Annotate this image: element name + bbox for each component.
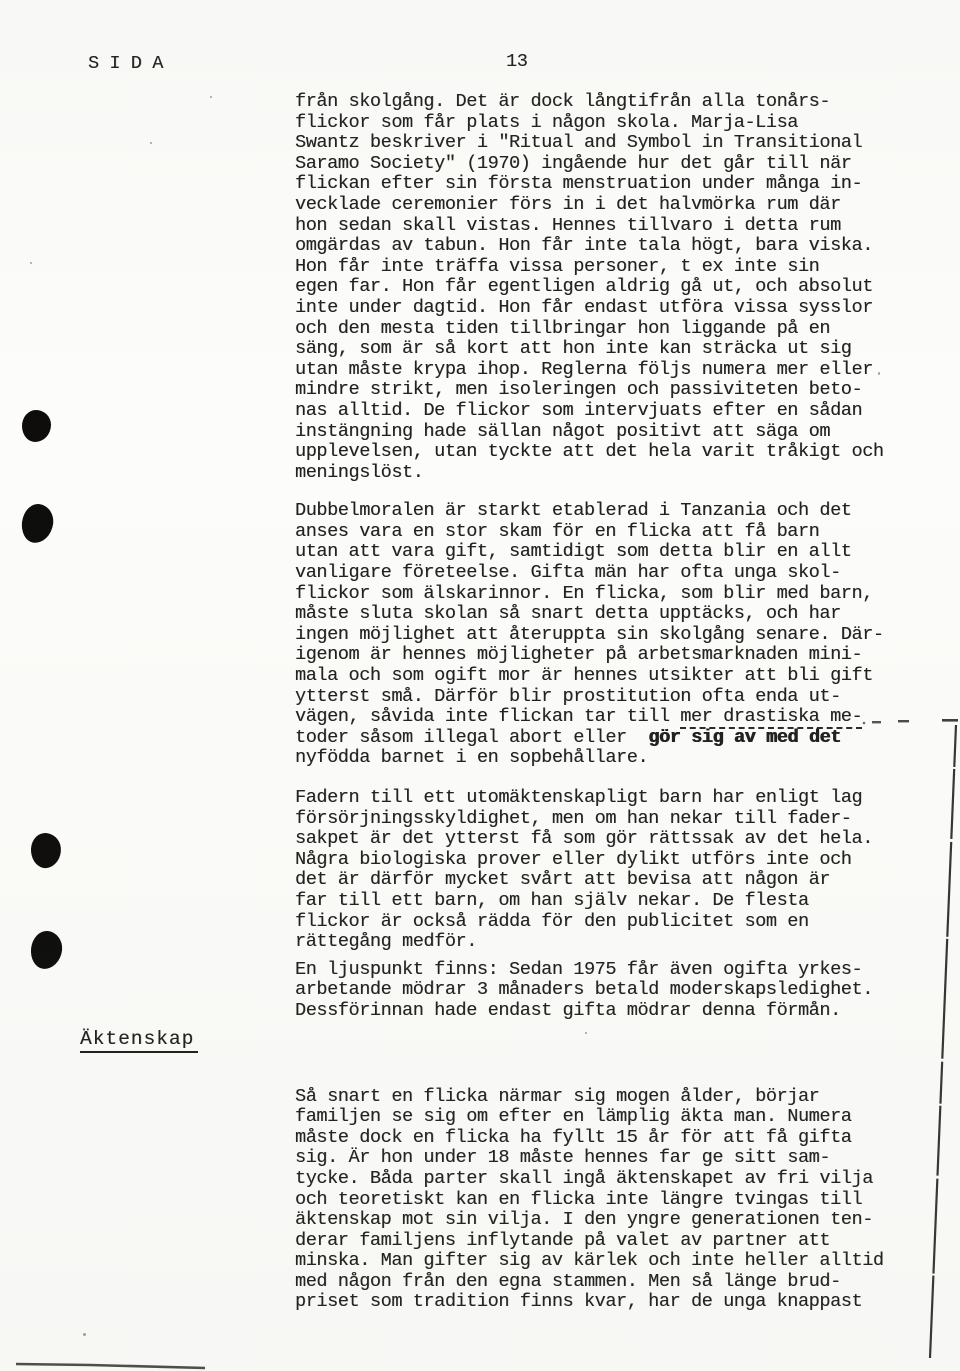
text-line: ytterst små. Därför blir prostitution of… [295,687,940,708]
text-segment: med någon från den egna stammen. Men så … [295,1271,841,1292]
text-segment: minska. Man gifter sig av kärlek och int… [295,1250,884,1271]
dust-speck [150,142,152,144]
text-line: sakpet är det ytterst få som gör rättssa… [295,829,940,850]
text-line: igenom är hennes möjligheter på arbetsma… [295,645,940,666]
text-segment: säng, som är så kort att hon inte kan st… [295,338,852,359]
text-segment: mindre strikt, men isoleringen och passi… [295,379,862,400]
dust-speck [878,372,880,375]
text-line: måste dock en flicka ha fyllt 15 år för … [295,1128,940,1149]
text-line: det är därför mycket svårt att bevisa at… [295,870,940,891]
text-line: derar familjens inflytande på valet av p… [295,1231,940,1252]
text-line: och teoretiskt kan en flicka inte längre… [295,1190,940,1211]
text-segment: flickor är också rädda för den publicite… [295,911,809,932]
text-segment: Saramo Society" (1970) ingående hur det … [295,153,852,174]
text-line: äktenskap mot sin vilja. I den yngre gen… [295,1210,940,1231]
text-line: ingen möjlighet att återuppta sin skolgå… [295,625,940,646]
text-segment: Swantz beskriver i "Ritual and Symbol in… [295,132,862,153]
text-segment: arbetande mödrar 3 månaders betald moder… [295,979,873,1000]
paragraph: Fadern till ett utomäktenskapligt barn h… [295,788,940,953]
text-line: En ljuspunkt finns: Sedan 1975 får även … [295,960,940,981]
text-line: tycke. Båda parter skall ingå äktenskape… [295,1169,940,1190]
text-line: Saramo Society" (1970) ingående hur det … [295,154,940,175]
text-segment: ytterst små. Därför blir prostitution of… [295,686,841,707]
text-line: anses vara en stor skam för en flicka at… [295,522,940,543]
text-line: upplevelsen, utan tyckte att det hela va… [295,442,940,463]
text-line: Fadern till ett utomäktenskapligt barn h… [295,788,940,809]
text-line: rättegång medför. [295,932,940,953]
text-line: utan måste krypa ihop. Reglerna följs nu… [295,360,940,381]
text-line: flickor som älskarinnor. En flicka, som … [295,584,940,605]
text-segment: mala och som ogift mor är hennes utsikte… [295,665,873,686]
text-segment: egen far. Hon får egentligen aldrig gå u… [295,276,873,297]
text-line: inte under dagtid. Hon får endast utföra… [295,298,940,319]
text-segment: utan att vara gift, samtidigt som detta … [295,541,852,562]
text-segment: igenom är hennes möjligheter på arbetsma… [295,644,862,665]
text-segment: flickan efter sin första menstruation un… [295,173,862,194]
text-line: meningslöst. [295,463,940,484]
text-segment: nyfödda barnet i en sopbehållare. [295,747,648,768]
text-line: med någon från den egna stammen. Men så … [295,1272,940,1293]
text-segment: nas alltid. De flickor som intervjuats e… [295,400,862,421]
dust-speck [210,96,212,98]
text-segment: hon sedan skall vistas. Hennes tillvaro … [295,215,841,236]
text-line: priset som tradition finns kvar, har de … [295,1292,940,1313]
dust-speck [30,262,32,264]
text-segment: derar familjens inflytande på valet av p… [295,1230,830,1251]
text-line: säng, som är så kort att hon inte kan st… [295,339,940,360]
ink-blot [22,410,51,442]
text-line: flickan efter sin första menstruation un… [295,174,940,195]
text-segment: rättegång medför. [295,931,477,952]
text-segment: meningslöst. [295,462,423,483]
margin-heading-aktenskap: Äktenskap [80,1028,198,1053]
text-line: mala och som ogift mor är hennes utsikte… [295,666,940,687]
text-line: far till ett barn, om han själv nekar. D… [295,891,940,912]
text-line: nas alltid. De flickor som intervjuats e… [295,401,940,422]
text-line: utan att vara gift, samtidigt som detta … [295,542,940,563]
text-line: vecklade ceremonier förs in i det halvmö… [295,195,940,216]
dust-speck [83,1333,86,1336]
text-segment: ingen möjlighet att återuppta sin skolgå… [295,624,884,645]
text-segment: flickor som älskarinnor. En flicka, som … [295,583,873,604]
text-segment: far till ett barn, om han själv nekar. D… [295,890,809,911]
text-segment: Så snart en flicka närmar sig mogen ålde… [295,1086,819,1107]
text-line: nyfödda barnet i en sopbehållare. [295,748,940,769]
text-segment: instängning hade sällan något positivt a… [295,421,830,442]
text-segment: utan måste krypa ihop. Reglerna följs nu… [295,359,873,380]
text-segment: flickor som får plats i någon skola. Mar… [295,112,798,133]
ink-blot [19,502,55,545]
paragraph: En ljuspunkt finns: Sedan 1975 får även … [295,960,940,1022]
text-line: Hon får inte träffa vissa personer, t ex… [295,257,940,278]
text-segment: anses vara en stor skam för en flicka at… [295,521,819,542]
text-line: egen far. Hon får egentligen aldrig gå u… [295,277,940,298]
text-line: flickor är också rädda för den publicite… [295,912,940,933]
text-line: flickor som får plats i någon skola. Mar… [295,113,940,134]
ink-blot [30,832,63,869]
scanned-document-page: S I D A 13 från skolgång. Det är dock lå… [0,0,960,1371]
text-segment: och den mesta tiden tillbringar hon ligg… [295,318,830,339]
text-line: arbetande mödrar 3 månaders betald moder… [295,980,940,1001]
text-segment: priset som tradition finns kvar, har de … [295,1291,862,1312]
text-line: vägen, såvida inte flickan tar till mer … [295,707,940,728]
text-line: instängning hade sällan något positivt a… [295,422,940,443]
ink-blot [29,929,64,970]
text-segment: måste sluta skolan så snart detta upptäc… [295,603,841,624]
body-column: från skolgång. Det är dock långtifrån al… [295,0,940,1313]
text-segment: sig. Är hon under 18 måste hennes far ge… [295,1147,830,1168]
text-segment: försörjningsskyldighet, men om han nekar… [295,808,852,829]
text-segment: Några biologiska prover eller dylikt utf… [295,849,852,870]
text-line: familjen se sig om efter en lämplig äkta… [295,1107,940,1128]
text-line: Dubbelmoralen är starkt etablerad i Tanz… [295,501,940,522]
text-line: Några biologiska prover eller dylikt utf… [295,850,940,871]
paragraph: från skolgång. Det är dock långtifrån al… [295,92,940,483]
text-line: Så snart en flicka närmar sig mogen ålde… [295,1087,940,1108]
text-line: vanligare företeelse. Gifta män har ofta… [295,563,940,584]
text-line: Swantz beskriver i "Ritual and Symbol in… [295,133,940,154]
text-line: minska. Man gifter sig av kärlek och int… [295,1251,940,1272]
dust-speck [585,1032,587,1034]
emphasized-text: gör sig av med det [648,727,841,748]
text-segment: och teoretiskt kan en flicka inte längre… [295,1189,862,1210]
text-segment: En ljuspunkt finns: Sedan 1975 får även … [295,959,862,980]
text-line: omgärdas av tabun. Hon får inte tala hög… [295,236,940,257]
text-line: måste sluta skolan så snart detta upptäc… [295,604,940,625]
text-line: toder såsom illegal abort eller gör sig … [295,728,940,749]
text-line: Dessförinnan hade endast gifta mödrar de… [295,1001,940,1022]
text-line: mindre strikt, men isoleringen och passi… [295,380,940,401]
text-segment: tycke. Båda parter skall ingå äktenskape… [295,1168,873,1189]
text-segment: det är därför mycket svårt att bevisa at… [295,869,830,890]
text-segment: vanligare företeelse. Gifta män har ofta… [295,562,841,583]
page-header-label: S I D A [88,54,163,75]
text-line: sig. Är hon under 18 måste hennes far ge… [295,1148,940,1169]
text-segment: familjen se sig om efter en lämplig äkta… [295,1106,852,1127]
text-line: från skolgång. Det är dock långtifrån al… [295,92,940,113]
text-segment: vecklade ceremonier förs in i det halvmö… [295,194,841,215]
text-segment: Fadern till ett utomäktenskapligt barn h… [295,787,862,808]
text-segment: omgärdas av tabun. Hon får inte tala hög… [295,235,873,256]
dust-speck [430,1243,432,1245]
text-segment: sakpet är det ytterst få som gör rättssa… [295,828,873,849]
text-segment: måste dock en flicka ha fyllt 15 år för … [295,1127,852,1148]
text-line: hon sedan skall vistas. Hennes tillvaro … [295,216,940,237]
text-segment: upplevelsen, utan tyckte att det hela va… [295,441,884,462]
text-segment: inte under dagtid. Hon får endast utföra… [295,297,873,318]
text-segment: äktenskap mot sin vilja. I den yngre gen… [295,1209,873,1230]
text-line: försörjningsskyldighet, men om han nekar… [295,809,940,830]
text-segment: Hon får inte träffa vissa personer, t ex… [295,256,819,277]
underlined-text: mer drastiska me- [680,706,862,729]
text-segment: vägen, såvida inte flickan tar till [295,706,680,727]
text-segment: Dessförinnan hade endast gifta mödrar de… [295,1000,841,1021]
text-line: och den mesta tiden tillbringar hon ligg… [295,319,940,340]
paragraph: Dubbelmoralen är starkt etablerad i Tanz… [295,501,940,769]
text-segment: toder såsom illegal abort eller [295,727,648,748]
paragraph: Så snart en flicka närmar sig mogen ålde… [295,1087,940,1314]
text-segment: Dubbelmoralen är starkt etablerad i Tanz… [295,500,852,521]
text-segment: från skolgång. Det är dock långtifrån al… [295,91,830,112]
